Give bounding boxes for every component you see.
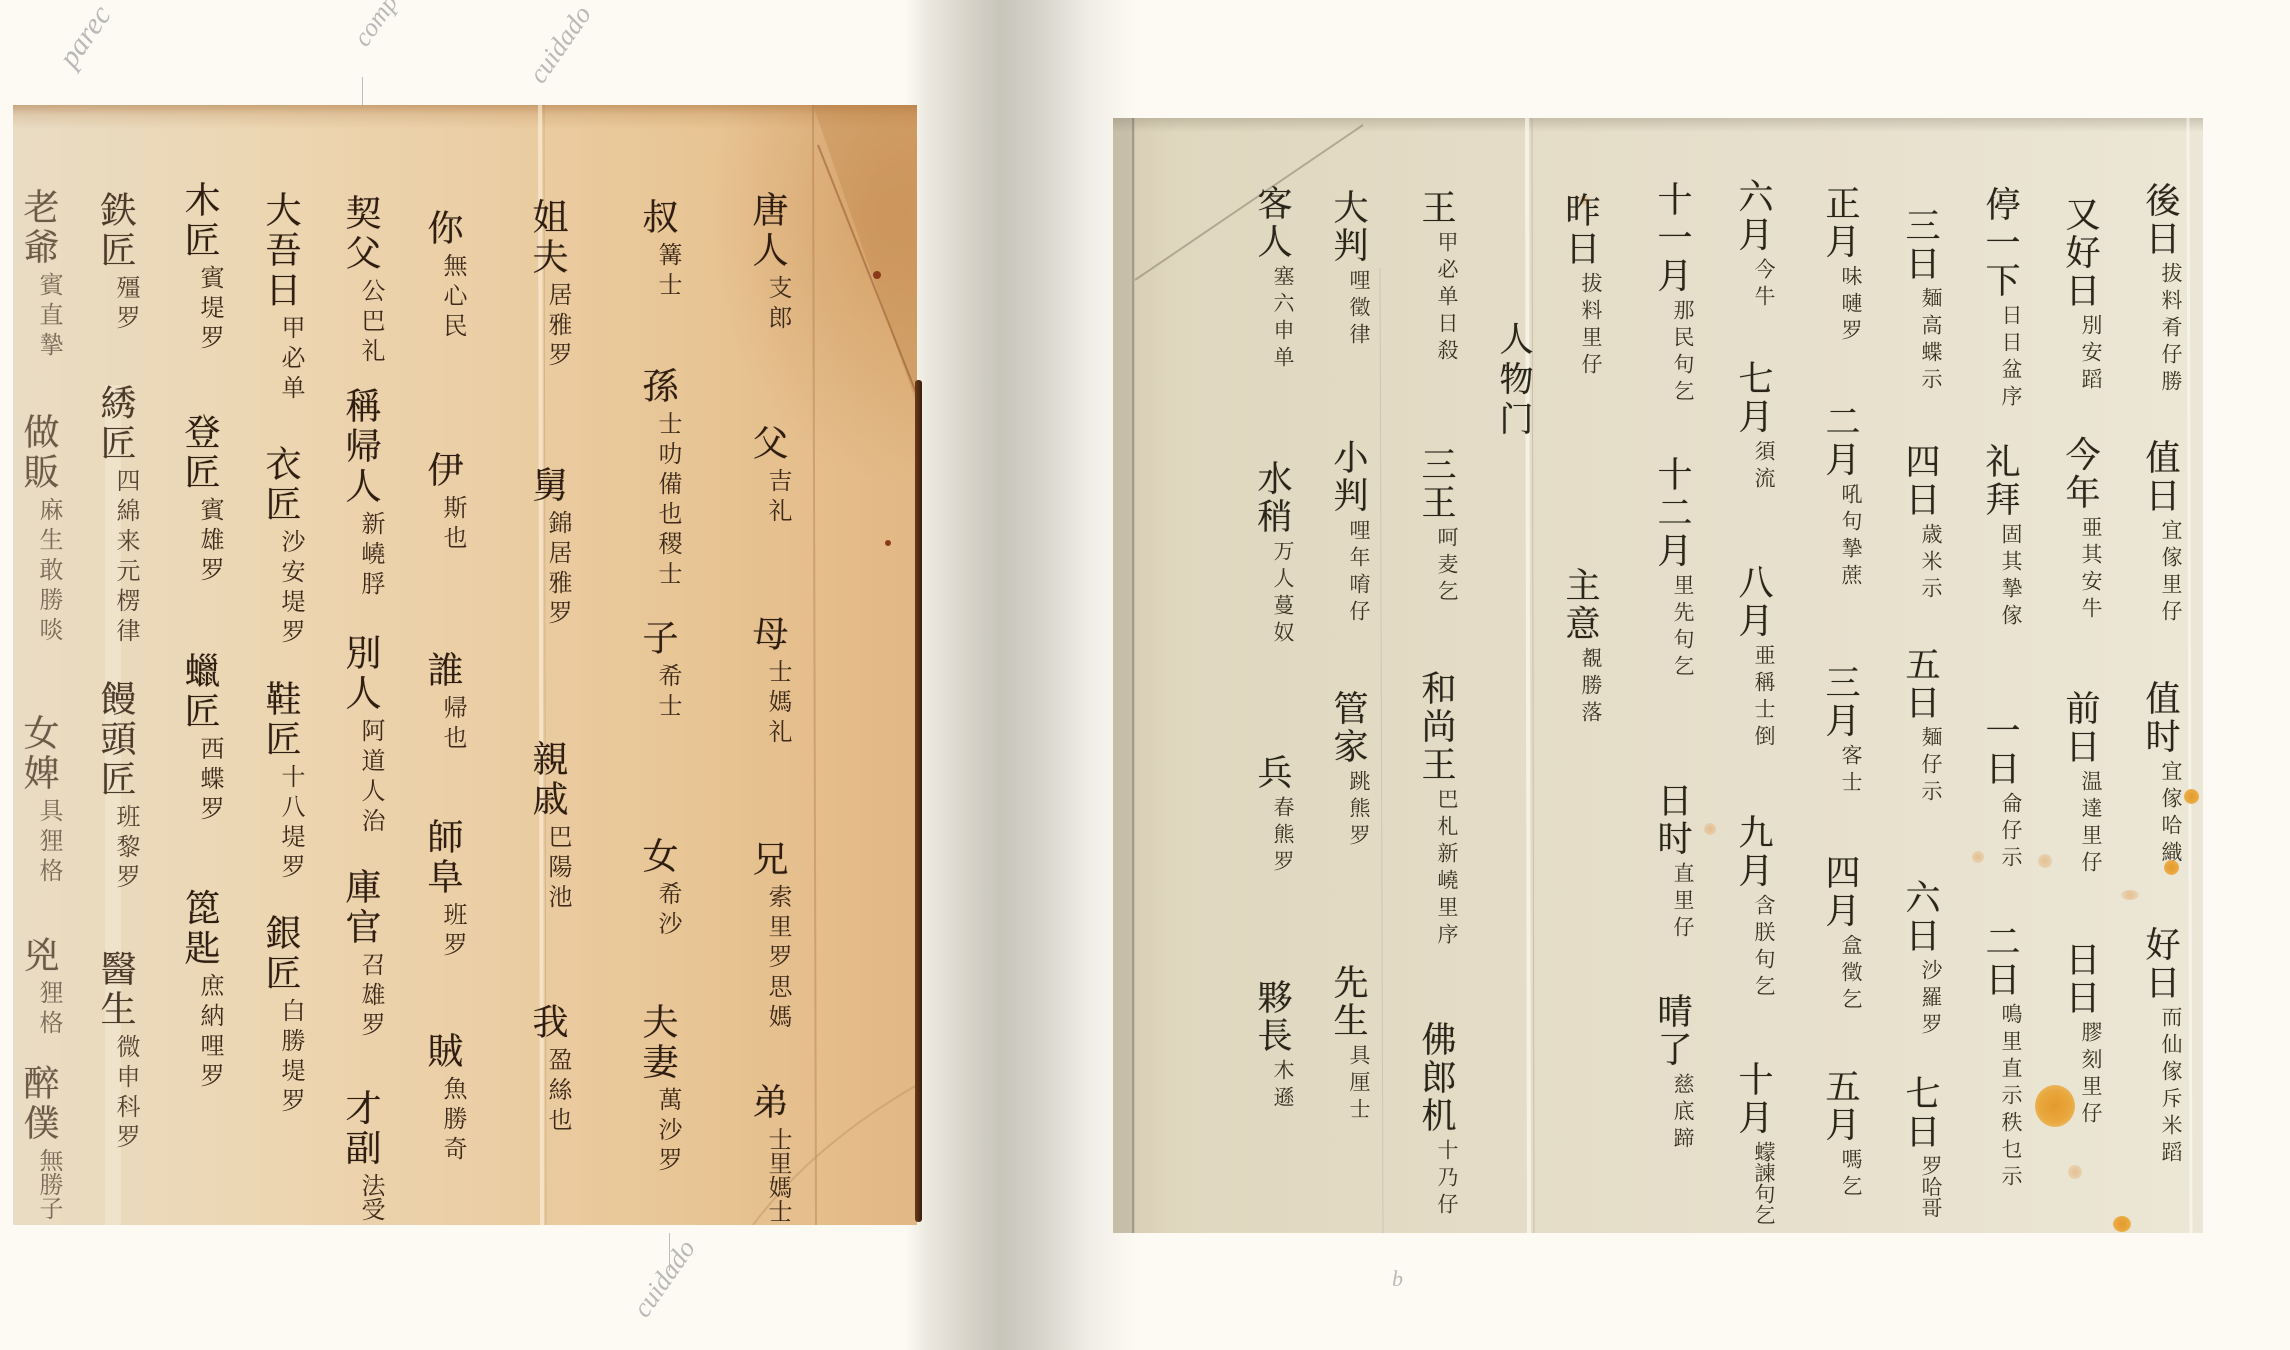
transliteration-gloss: 麺高蝶示: [1917, 287, 1945, 395]
glossary-entry: 唐人支郎: [744, 191, 790, 335]
headword: 大判: [1325, 189, 1371, 265]
glossary-entry: 弟士里媽士: [744, 1083, 790, 1223]
headword: 綉匠: [92, 384, 138, 464]
transliteration-gloss: 嗎乞: [1837, 1148, 1865, 1202]
headword: 前日: [2057, 690, 2103, 766]
glossary-entry: 叔篝士: [634, 198, 680, 302]
glossary-entry: 四月盒徵乞: [1817, 854, 1863, 1015]
headword: 佛郎机: [1413, 1021, 1459, 1135]
headword: 今年: [2057, 436, 2103, 512]
headword: 唐人: [744, 191, 790, 271]
transliteration-gloss: 味嗹罗: [1837, 265, 1865, 346]
glossary-entry: 三王呵麦乞: [1413, 446, 1459, 607]
transliteration-gloss: 十乃仔: [1433, 1139, 1461, 1220]
glossary-entry: 箆匙庶納哩罗: [176, 889, 222, 1093]
transliteration-gloss: 巴札新嶢里序: [1433, 788, 1461, 950]
transliteration-gloss: 甲必单日殺: [1433, 231, 1461, 366]
glossary-entry: 孫士叻備也稷士: [634, 367, 680, 591]
glossary-entry: 蠟匠西蝶罗: [176, 652, 222, 826]
headword: 王: [1413, 189, 1459, 227]
transliteration-gloss: 而仙傢斥米蹈: [2157, 1006, 2185, 1168]
right-manuscript-page: 後日拔料肴仔勝 值日宜傢里仔 值时宜傢哈織 好日而仙傢斥米蹈 又好日別安蹈 今年…: [1113, 118, 2203, 1233]
transliteration-gloss: 具厘士: [1345, 1044, 1373, 1125]
transliteration-gloss: 鳴里直示秩乜示: [1997, 1003, 2025, 1192]
headword: 值日: [2137, 439, 2183, 515]
headword: 礼拜: [1977, 443, 2023, 519]
transliteration-gloss: 庶納哩罗: [196, 973, 224, 1093]
headword: 三日: [1897, 207, 1943, 283]
headword: 師阜: [419, 818, 465, 898]
headword: 後日: [2137, 182, 2183, 258]
glossary-entry: 兄索里罗思媽: [744, 840, 790, 1034]
glossary-entry: 停一下日日盆序: [1977, 186, 2023, 412]
glossary-entry: 夫妻萬沙罗: [634, 1003, 680, 1177]
glossary-entry: 前日温達里仔: [2057, 690, 2103, 878]
glossary-entry: 三日麺高蝶示: [1897, 207, 1943, 395]
headword: 水稍: [1249, 460, 1295, 536]
headword: 叔: [634, 198, 680, 238]
section-heading-text: 人物门: [1490, 321, 1536, 441]
stain-spot: [2184, 789, 2199, 804]
transliteration-gloss: 希士: [654, 663, 682, 723]
headword: 兵: [1249, 754, 1295, 792]
glossary-entry: 綉匠四綿来元楞律: [92, 384, 138, 648]
transliteration-gloss: 膠刻里仔: [2077, 1021, 2105, 1129]
headword: 孫: [634, 367, 680, 407]
headword: 鞋匠: [257, 680, 303, 760]
glossary-entry: 礼拜固其摯傢: [1977, 443, 2023, 631]
headword: 十二月: [1649, 456, 1695, 570]
transliteration-gloss: 木遜: [1269, 1059, 1297, 1113]
glossary-entry: 值时宜傢哈織: [2137, 680, 2183, 868]
glossary-entry: 六日沙羅罗: [1897, 879, 1943, 1040]
transliteration-gloss: 具狸格: [35, 798, 63, 888]
transliteration-gloss: 跳熊罗: [1345, 770, 1373, 851]
glossary-entry: 醫生微申科罗: [92, 950, 138, 1154]
headword: 醉僕: [15, 1064, 61, 1144]
transliteration-gloss: 歳米示: [1917, 523, 1945, 604]
glossary-entry: 三月客士: [1817, 664, 1863, 798]
left-manuscript-page: 唐人支郎 父吉礼 母士媽礼 兄索里罗思媽 弟士里媽士 叔篝士 孫士叻備也稷士 子…: [13, 105, 917, 1225]
headword: 主意: [1557, 567, 1603, 643]
glossary-entry: 十月蠓諫句乞: [1730, 1061, 1776, 1225]
headword: 衣匠: [257, 445, 303, 525]
glossary-entry: 今年亜其安牛: [2057, 436, 2103, 624]
transliteration-gloss: 里先句乞: [1669, 574, 1697, 682]
headword: 母: [744, 615, 790, 655]
glossary-entry: 稱帰人新嶢脬: [337, 387, 383, 601]
glossary-entry: 四日歳米示: [1897, 443, 1943, 604]
glossary-entry: 伊斯也: [419, 451, 465, 555]
headword: 夥長: [1249, 979, 1295, 1055]
glossary-entry: 才副法受: [337, 1089, 383, 1221]
transliteration-gloss: 新嶢脬: [357, 511, 385, 601]
transliteration-gloss: 西蝶罗: [196, 736, 224, 826]
transliteration-gloss: 哩年唷仔: [1345, 519, 1373, 627]
glossary-entry: 值日宜傢里仔: [2137, 439, 2183, 627]
glossary-entry: 八月亜稱士倒: [1730, 564, 1776, 752]
glossary-entry: 七月須流: [1730, 360, 1776, 494]
glossary-entry: 契父公巴礼: [337, 194, 383, 368]
glossary-entry: 和尚王巴札新嶢里序: [1413, 670, 1459, 950]
transliteration-gloss: 含朕句乞: [1750, 894, 1778, 1002]
glossary-entry: 二月吼句摯蔗: [1817, 403, 1863, 591]
headword: 五月: [1817, 1068, 1863, 1144]
transliteration-gloss: 吼句摯蔗: [1837, 483, 1865, 591]
pencil-note-top-right: cuidado: [523, 0, 598, 89]
headword: 契父: [337, 194, 383, 274]
headword: 晴了: [1649, 993, 1695, 1069]
glossary-entry: 七日罗哈哥: [1897, 1075, 1943, 1218]
transliteration-gloss: 魚勝奇: [439, 1076, 467, 1166]
transliteration-gloss: 沙安堤罗: [277, 529, 305, 649]
glossary-entry: 姐夫居雅罗: [524, 198, 570, 372]
transliteration-gloss: 索里罗思媽: [764, 884, 792, 1034]
headword: 伊: [419, 451, 465, 491]
transliteration-gloss: 斯也: [439, 495, 467, 555]
headword: 好日: [2137, 926, 2183, 1002]
headword: 六日: [1897, 879, 1943, 955]
glossary-entry: 十二月里先句乞: [1649, 456, 1695, 682]
transliteration-gloss: 士叻備也稷士: [654, 411, 682, 591]
headword: 七月: [1730, 360, 1776, 436]
transliteration-gloss: 篝士: [654, 242, 682, 302]
glossary-entry: 先生具厘士: [1325, 964, 1371, 1125]
glossary-entry: 正月味嗹罗: [1817, 185, 1863, 346]
headword: 登匠: [176, 413, 222, 493]
transliteration-gloss: 侖仔示: [1997, 792, 2025, 873]
glossary-entry: 二日鳴里直示秩乜示: [1977, 923, 2023, 1192]
headword: 昨日: [1557, 192, 1603, 268]
headword: 老爺: [15, 188, 61, 268]
transliteration-gloss: 別安蹈: [2077, 314, 2105, 395]
headword: 九月: [1730, 814, 1776, 890]
headword: 又好日: [2057, 196, 2103, 310]
headword: 木匠: [176, 181, 222, 261]
transliteration-gloss: 須流: [1750, 440, 1778, 494]
pencil-note-top-middle: comp: [347, 0, 404, 52]
glossary-entry: 銀匠白勝堤罗: [257, 914, 303, 1118]
headword: 大吾日: [257, 191, 303, 311]
headword: 醫生: [92, 950, 138, 1030]
headword: 日日: [2057, 941, 2103, 1017]
stain-spot: [2068, 1165, 2082, 1179]
pencil-note-bottom-left: cuidado: [627, 1234, 702, 1323]
transliteration-gloss: 支郎: [764, 275, 792, 335]
transliteration-gloss: 班黎罗: [112, 804, 140, 894]
stain-spot: [2121, 890, 2139, 900]
headword: 我: [524, 1003, 570, 1043]
transliteration-gloss: 今牛: [1750, 258, 1778, 312]
glossary-entry: 晴了慈底蹄: [1649, 993, 1695, 1154]
headword: 一日: [1977, 712, 2023, 788]
pencil-note-bottom-right: b: [1392, 1266, 1403, 1292]
glossary-entry: 主意覩勝落: [1557, 567, 1603, 728]
glossary-entry: 佛郎机十乃仔: [1413, 1021, 1459, 1220]
transliteration-gloss: 慈底蹄: [1669, 1073, 1697, 1154]
transliteration-gloss: 那民句乞: [1669, 299, 1697, 407]
headword: 七日: [1897, 1075, 1943, 1151]
transliteration-gloss: 亜其安牛: [2077, 516, 2105, 624]
transliteration-gloss: 賓直摯: [35, 272, 63, 362]
headword: 別人: [337, 634, 383, 714]
headword: 女: [634, 837, 680, 877]
glossary-entry: 醉僕無勝子: [15, 1064, 61, 1220]
glossary-entry: 六月今牛: [1730, 178, 1776, 312]
headword: 箆匙: [176, 889, 222, 969]
headword: 庫官: [337, 868, 383, 948]
glossary-entry: 子希士: [634, 619, 680, 723]
transliteration-gloss: 拔料肴仔勝: [2157, 262, 2185, 397]
glossary-entry: 大吾日甲必单: [257, 191, 303, 405]
glossary-entry: 做販麻生敢勝啖: [15, 413, 61, 647]
transliteration-gloss: 罗哈哥: [1917, 1155, 1945, 1218]
glossary-entry: 昨日拔料里仔: [1557, 192, 1603, 380]
transliteration-gloss: 麺仔示: [1917, 726, 1945, 807]
glossary-entry: 日时直里仔: [1649, 782, 1695, 943]
transliteration-gloss: 温達里仔: [2077, 770, 2105, 878]
transliteration-gloss: 賓雄罗: [196, 497, 224, 587]
transliteration-gloss: 吉礼: [764, 468, 792, 528]
transliteration-gloss: 阿道人治: [357, 718, 385, 838]
stain-spot: [2038, 854, 2052, 868]
glossary-entry: 別人阿道人治: [337, 634, 383, 838]
headword: 銀匠: [257, 914, 303, 994]
glossary-entry: 老爺賓直摯: [15, 188, 61, 362]
glossary-entry: 師阜班罗: [419, 818, 465, 962]
glossary-entry: 後日拔料肴仔勝: [2137, 182, 2183, 397]
headword: 女婢: [15, 714, 61, 794]
transliteration-gloss: 賓堤罗: [196, 265, 224, 355]
transliteration-gloss: 法受: [357, 1173, 385, 1221]
transliteration-gloss: 蠓諫句乞: [1750, 1141, 1778, 1225]
transliteration-gloss: 日日盆序: [1997, 304, 2025, 412]
headword: 弟: [744, 1083, 790, 1123]
transliteration-gloss: 希沙: [654, 881, 682, 941]
glossary-entry: 夥長木遜: [1249, 979, 1295, 1113]
headword: 三月: [1817, 664, 1863, 740]
headword: 日时: [1649, 782, 1695, 858]
pencil-note-top-left: parec: [52, 0, 118, 74]
glossary-entry: 衣匠沙安堤罗: [257, 445, 303, 649]
headword: 你: [419, 209, 465, 249]
headword: 做販: [15, 413, 61, 493]
headword: 舅: [524, 466, 570, 506]
glossary-entry: 你無心民: [419, 209, 465, 343]
section-heading: 人物门: [1490, 321, 1536, 441]
headword: 姐夫: [524, 198, 570, 278]
transliteration-gloss: 沙羅罗: [1917, 959, 1945, 1040]
glossary-entry: 誰帰也: [419, 651, 465, 755]
glossary-entry: 九月含朕句乞: [1730, 814, 1776, 1002]
glossary-entry: 一日侖仔示: [1977, 712, 2023, 873]
transliteration-gloss: 盈絲也: [544, 1047, 572, 1137]
glossary-entry: 兵春熊罗: [1249, 754, 1295, 877]
headword: 二月: [1817, 403, 1863, 479]
headword: 管家: [1325, 690, 1371, 766]
transliteration-gloss: 宜傢哈織: [2157, 760, 2185, 868]
glossary-entry: 女希沙: [634, 837, 680, 941]
glossary-entry: 登匠賓雄罗: [176, 413, 222, 587]
transliteration-gloss: 微申科罗: [112, 1034, 140, 1154]
headword: 兇: [15, 936, 61, 976]
transliteration-gloss: 居雅罗: [544, 282, 572, 372]
glossary-entry: 鉄匠殭罗: [92, 191, 138, 335]
glossary-entry: 水稍万人蔓奴: [1249, 460, 1295, 648]
glossary-entry: 庫官召雄罗: [337, 868, 383, 1042]
transliteration-gloss: 固其摯傢: [1997, 523, 2025, 631]
glossary-entry: 日日膠刻里仔: [2057, 941, 2103, 1129]
headword: 四月: [1817, 854, 1863, 930]
glossary-entry: 五月嗎乞: [1817, 1068, 1863, 1202]
stain-spot: [1704, 823, 1716, 835]
transliteration-gloss: 呵麦乞: [1433, 526, 1461, 607]
transliteration-gloss: 哩徵律: [1345, 269, 1373, 350]
headword: 先生: [1325, 964, 1371, 1040]
headword: 鉄匠: [92, 191, 138, 271]
headword: 誰: [419, 651, 465, 691]
glossary-entry: 鞋匠十八堤罗: [257, 680, 303, 884]
glossary-entry: 我盈絲也: [524, 1003, 570, 1137]
headword: 四日: [1897, 443, 1943, 519]
transliteration-gloss: 錦居雅罗: [544, 510, 572, 630]
transliteration-gloss: 公巴礼: [357, 278, 385, 368]
headword: 三王: [1413, 446, 1459, 522]
headword: 兄: [744, 840, 790, 880]
headword: 二日: [1977, 923, 2023, 999]
headword: 親戚: [524, 740, 570, 820]
transliteration-gloss: 宜傢里仔: [2157, 519, 2185, 627]
glossary-entry: 管家跳熊罗: [1325, 690, 1371, 851]
glossary-entry: 舅錦居雅罗: [524, 466, 570, 630]
transliteration-gloss: 亜稱士倒: [1750, 644, 1778, 752]
transliteration-gloss: 四綿来元楞律: [112, 468, 140, 648]
headword: 父: [744, 424, 790, 464]
headword: 小判: [1325, 439, 1371, 515]
transliteration-gloss: 春熊罗: [1269, 796, 1297, 877]
transliteration-gloss: 士里媽士: [764, 1127, 792, 1223]
glossary-entry: 兇狸格: [15, 936, 61, 1040]
transliteration-gloss: 盒徵乞: [1837, 934, 1865, 1015]
headword: 饅頭匠: [92, 680, 138, 800]
transliteration-gloss: 無心民: [439, 253, 467, 343]
glossary-entry: 母士媽礼: [744, 615, 790, 749]
glossary-entry: 賊魚勝奇: [419, 1032, 465, 1166]
transliteration-gloss: 帰也: [439, 695, 467, 755]
transliteration-gloss: 十八堤罗: [277, 764, 305, 884]
headword: 十一月: [1649, 181, 1695, 295]
glossary-entry: 五日麺仔示: [1897, 646, 1943, 807]
glossary-entry: 饅頭匠班黎罗: [92, 680, 138, 894]
glossary-entry: 小判哩年唷仔: [1325, 439, 1371, 627]
transliteration-gloss: 甲必单: [277, 315, 305, 405]
headword: 停一下: [1977, 186, 2023, 300]
glossary-entry: 十一月那民句乞: [1649, 181, 1695, 407]
glossary-entry: 又好日別安蹈: [2057, 196, 2103, 395]
glossary-entry: 大判哩徵律: [1325, 189, 1371, 350]
glossary-entry: 客人塞六申单: [1249, 185, 1295, 373]
glossary-entry: 親戚巴陽池: [524, 740, 570, 914]
headword: 正月: [1817, 185, 1863, 261]
transliteration-gloss: 士媽礼: [764, 659, 792, 749]
glossary-entry: 女婢具狸格: [15, 714, 61, 888]
transliteration-gloss: 殭罗: [112, 275, 140, 335]
headword: 十月: [1730, 1061, 1776, 1137]
headword: 六月: [1730, 178, 1776, 254]
stain-spot: [2113, 1216, 2131, 1232]
headword: 八月: [1730, 564, 1776, 640]
headword: 子: [634, 619, 680, 659]
transliteration-gloss: 狸格: [35, 980, 63, 1040]
transliteration-gloss: 拔料里仔: [1577, 272, 1605, 380]
transliteration-gloss: 無勝子: [35, 1148, 63, 1220]
headword: 五日: [1897, 646, 1943, 722]
glossary-entry: 父吉礼: [744, 424, 790, 528]
headword: 和尚王: [1413, 670, 1459, 784]
transliteration-gloss: 班罗: [439, 902, 467, 962]
transliteration-gloss: 万人蔓奴: [1269, 540, 1297, 648]
headword: 值时: [2137, 680, 2183, 756]
transliteration-gloss: 直里仔: [1669, 862, 1697, 943]
book-gutter-shadow: [905, 0, 1135, 1350]
transliteration-gloss: 白勝堤罗: [277, 998, 305, 1118]
headword: 才副: [337, 1089, 383, 1169]
transliteration-gloss: 巴陽池: [544, 824, 572, 914]
headword: 蠟匠: [176, 652, 222, 732]
headword: 賊: [419, 1032, 465, 1072]
headword: 夫妻: [634, 1003, 680, 1083]
transliteration-gloss: 萬沙罗: [654, 1087, 682, 1177]
glossary-entry: 王甲必单日殺: [1413, 189, 1459, 366]
transliteration-gloss: 覩勝落: [1577, 647, 1605, 728]
transliteration-gloss: 塞六申单: [1269, 265, 1297, 373]
headword: 客人: [1249, 185, 1295, 261]
headword: 稱帰人: [337, 387, 383, 507]
glossary-entry: 木匠賓堤罗: [176, 181, 222, 355]
transliteration-gloss: 客士: [1837, 744, 1865, 798]
transliteration-gloss: 麻生敢勝啖: [35, 497, 63, 647]
glossary-entry: 好日而仙傢斥米蹈: [2137, 926, 2183, 1168]
left-page-edge-shadow: [915, 380, 922, 1222]
transliteration-gloss: 召雄罗: [357, 952, 385, 1042]
